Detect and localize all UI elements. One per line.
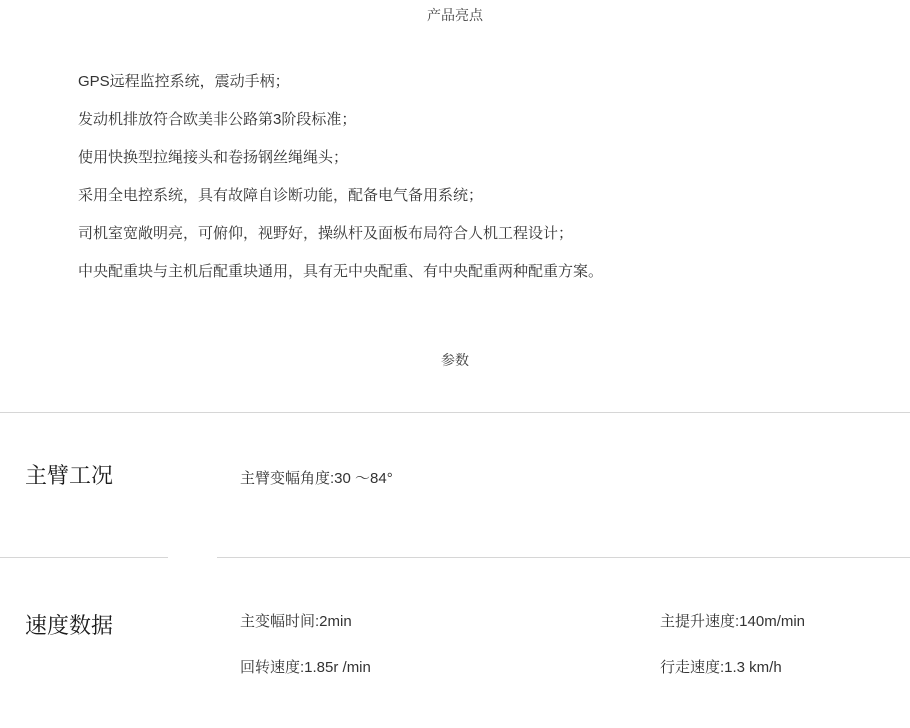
parameters-table-top-border xyxy=(0,412,910,413)
row-divider-right-segment xyxy=(217,557,910,558)
highlight-item: 采用全电控系统，具有故障自诊断功能，配备电气备用系统； xyxy=(78,177,603,215)
spec-main-hoist-speed: 主提升速度:140m/min xyxy=(660,613,805,631)
highlight-item: 使用快换型拉绳接头和卷扬钢丝绳绳头； xyxy=(78,139,603,177)
highlight-item: GPS远程监控系统，震动手柄； xyxy=(78,63,603,101)
parameters-section-title: 参数 xyxy=(0,350,910,370)
spec-boom-luffing-angle: 主臂变幅角度:30 ～84° xyxy=(240,470,393,488)
highlight-item: 发动机排放符合欧美非公路第3阶段标准； xyxy=(78,101,603,139)
highlights-section-title: 产品亮点 xyxy=(0,5,910,25)
spec-travel-speed: 行走速度:1.3 km/h xyxy=(660,659,782,677)
row-divider-left-segment xyxy=(0,557,168,558)
param-row-label-boom-condition: 主臂工况 xyxy=(25,461,113,491)
highlight-item: 中央配重块与主机后配重块通用，具有无中央配重、有中央配重两种配重方案。 xyxy=(78,253,603,291)
spec-main-luffing-time: 主变幅时间:2min xyxy=(240,613,352,631)
param-row-label-speed-data: 速度数据 xyxy=(25,611,113,641)
highlight-item: 司机室宽敞明亮，可俯仰，视野好，操纵杆及面板布局符合人机工程设计； xyxy=(78,215,603,253)
spec-slewing-speed: 回转速度:1.85r /min xyxy=(240,659,371,677)
product-detail-page: 产品亮点 GPS远程监控系统，震动手柄； 发动机排放符合欧美非公路第3阶段标准；… xyxy=(0,0,910,728)
highlights-list: GPS远程监控系统，震动手柄； 发动机排放符合欧美非公路第3阶段标准； 使用快换… xyxy=(78,63,603,291)
